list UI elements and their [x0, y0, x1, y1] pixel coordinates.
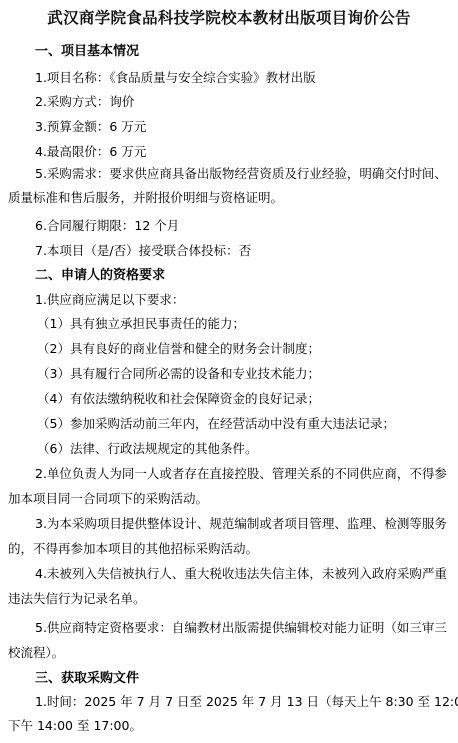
requirement-5: 5.供应商特定资格要求：自编教材出版需提供编辑校对能力证明（如三审三: [35, 620, 447, 636]
contract-period: 6.合同履行期限：12 个月: [35, 218, 179, 234]
requirement-2: 2.单位负责人为同一人或者存在直接控股、管理关系的不同供应商，不得参: [35, 466, 447, 482]
section-heading-2: 二、申请人的资格要求: [35, 268, 165, 284]
qualification-item-6: （6）法律、行政法规规定的其他条件。: [37, 441, 257, 457]
requirement-4-cont: 违法失信行为记录名单。: [8, 591, 146, 607]
qualification-item-3: （3）具有履行合同所必需的设备和专业技术能力；: [37, 366, 320, 382]
section-heading-1: 一、项目基本情况: [35, 44, 139, 60]
requirement-5-cont: 校流程）。: [8, 645, 64, 661]
page-title: 武汉商学院食品科技学院校本教材出版项目询价公告: [0, 6, 458, 28]
procurement-method: 2.采购方式：询价: [35, 94, 134, 110]
document-time-cont: 下午 14:00 至 17:00。: [8, 718, 142, 734]
requirement-2-cont: 加本项目同一合同项下的采购活动。: [8, 491, 208, 507]
requirement-3-cont: 的，不得再参加本项目的其他招标采购活动。: [8, 541, 258, 557]
max-price: 4.最高限价：6 万元: [35, 144, 146, 160]
announcement-page: 武汉商学院食品科技学院校本教材出版项目询价公告 一、项目基本情况 1.项目名称：…: [0, 0, 458, 743]
procurement-requirement: 5.采购需求：要求供应商具备出版物经营资质及行业经验，明确交付时间、: [35, 166, 447, 182]
qualification-item-4: （4）有依法缴纳税收和社会保障资金的良好记录；: [37, 391, 320, 407]
requirement-3: 3.为本采购项目提供整体设计、规范编制或者项目管理、监理、检测等服务: [35, 516, 447, 532]
qualification-item-1: （1）具有独立承担民事责任的能力；: [37, 316, 245, 332]
consortium-bidding: 7.本项目（是/否）接受联合体投标：否: [35, 243, 251, 259]
project-name: 1.项目名称：《食品质量与安全综合实验》教材出版: [35, 70, 316, 86]
qualification-item-2: （2）具有良好的商业信誉和健全的财务会计制度；: [37, 341, 320, 357]
requirement-4: 4.未被列入失信被执行人、重大税收违法失信主体，未被列入政府采购严重: [35, 566, 447, 582]
section-heading-3: 三、获取采购文件: [35, 671, 139, 687]
procurement-requirement-cont: 质量标准和售后服务，并附报价明细与资格证明。: [8, 190, 283, 206]
qualification-item-5: （5）参加采购活动前三年内，在经营活动中没有重大违法记录；: [37, 416, 395, 432]
budget-amount: 3.预算金额：6 万元: [35, 119, 146, 135]
qualification-intro: 1.供应商应满足以下要求：: [35, 292, 184, 308]
document-time: 1.时间：2025 年 7 月 7 日至 2025 年 7 月 13 日（每天上…: [35, 694, 458, 710]
